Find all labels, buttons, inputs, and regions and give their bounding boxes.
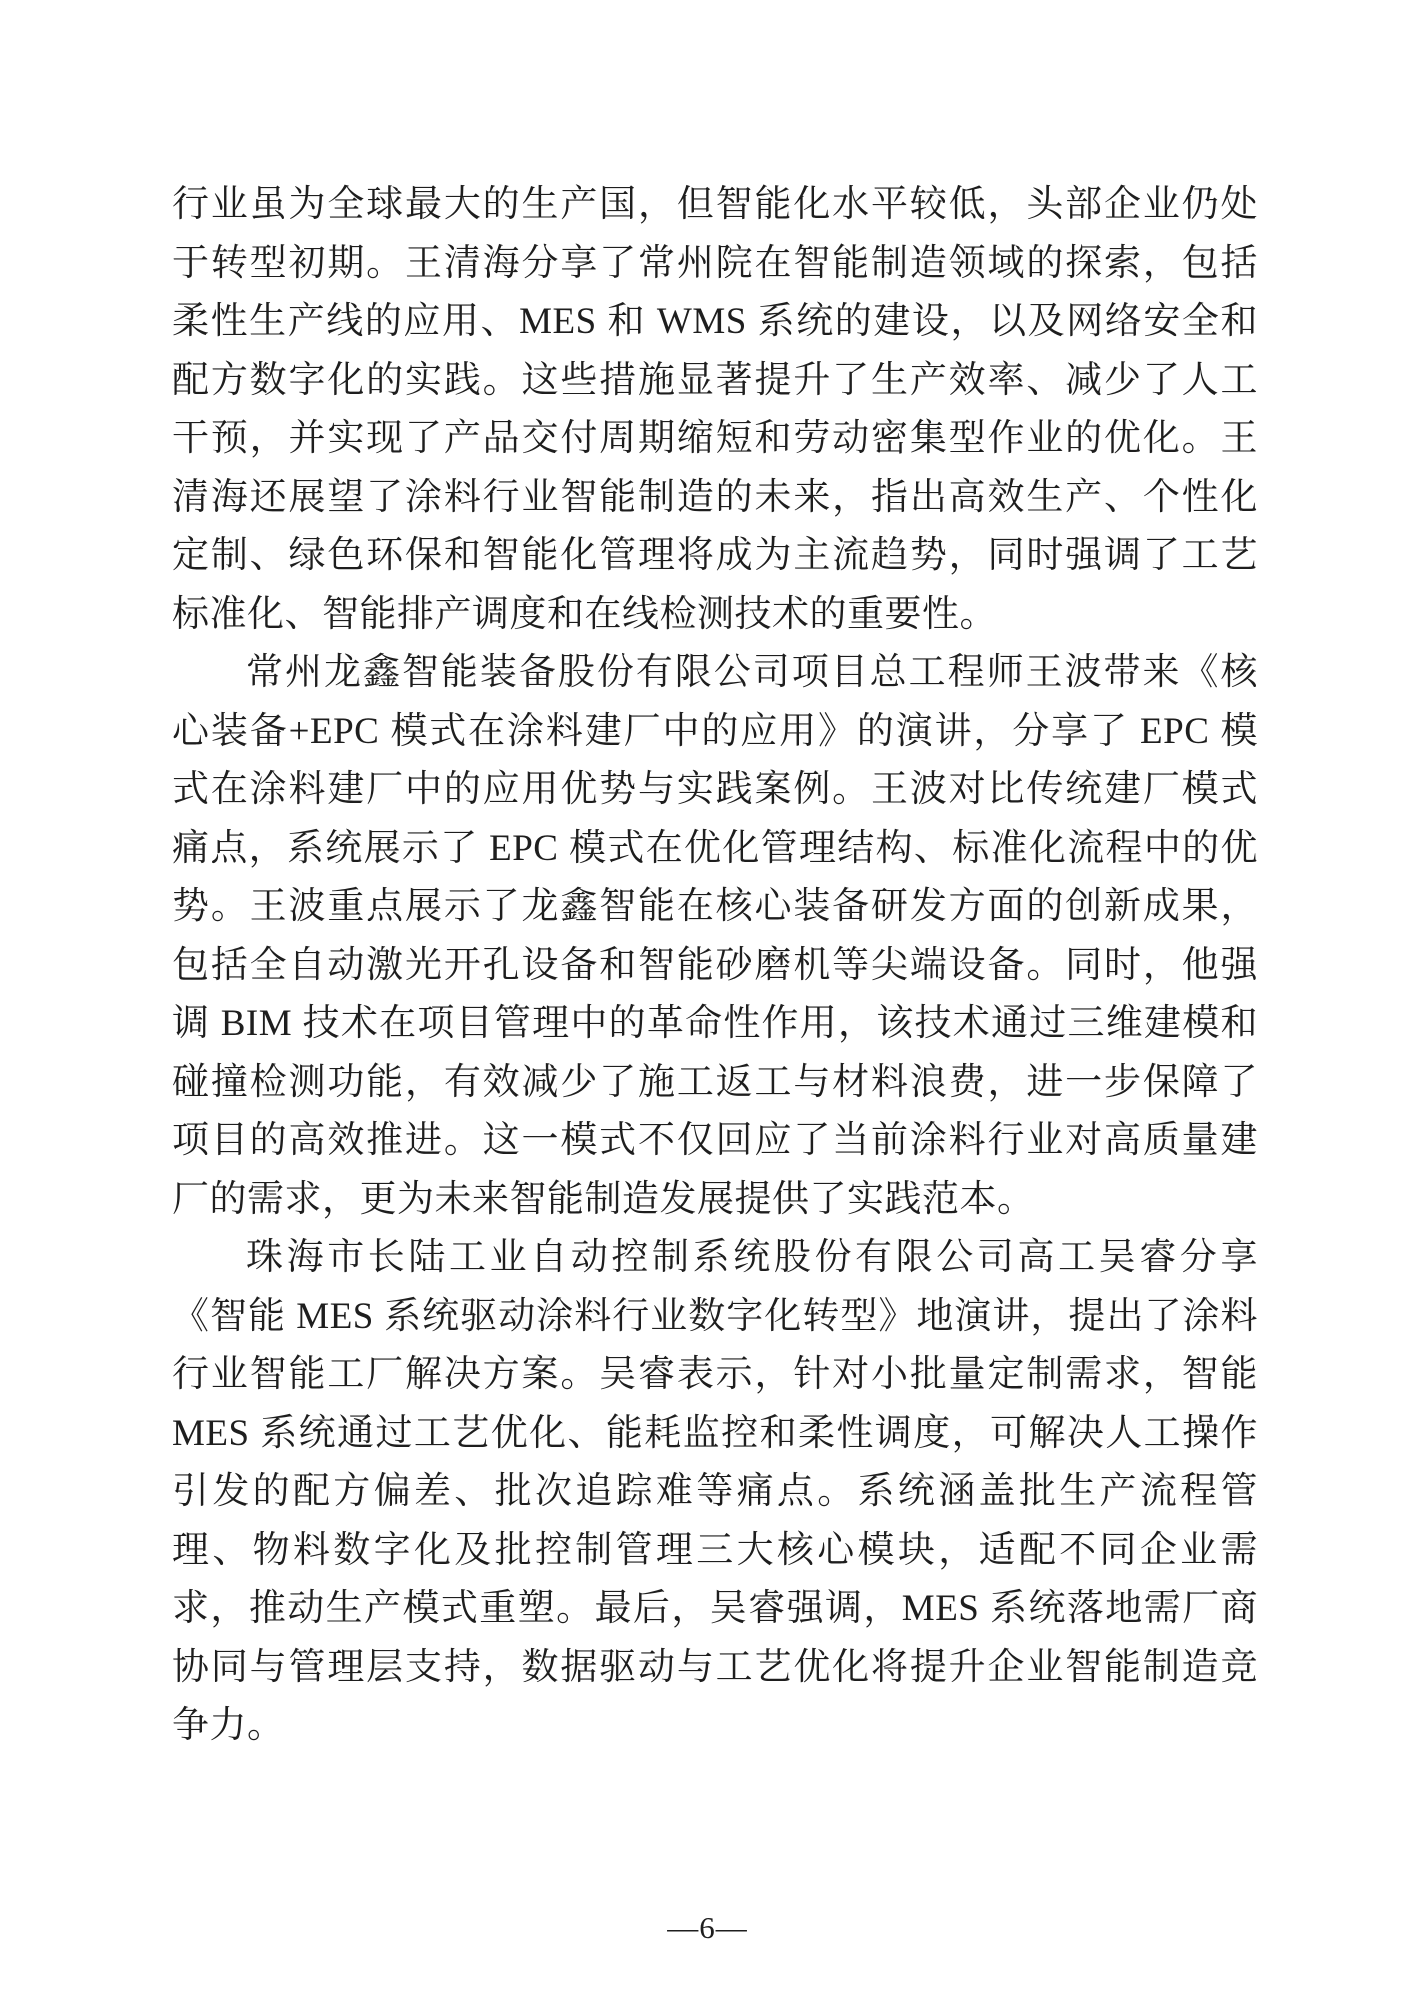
- document-page: 行业虽为全球最大的生产国，但智能化水平较低，头部企业仍处于转型初期。王清海分享了…: [0, 0, 1415, 2000]
- paragraph-2: 常州龙鑫智能装备股份有限公司项目总工程师王波带来《核心装备+EPC 模式在涂料建…: [172, 644, 1258, 1229]
- paragraph-3: 珠海市长陆工业自动控制系统股份有限公司高工吴睿分享《智能 MES 系统驱动涂料行…: [172, 1229, 1258, 1756]
- paragraph-1: 行业虽为全球最大的生产国，但智能化水平较低，头部企业仍处于转型初期。王清海分享了…: [172, 176, 1258, 644]
- text-block: 行业虽为全球最大的生产国，但智能化水平较低，头部企业仍处于转型初期。王清海分享了…: [172, 176, 1258, 1756]
- page-number: —6—: [0, 1908, 1415, 1948]
